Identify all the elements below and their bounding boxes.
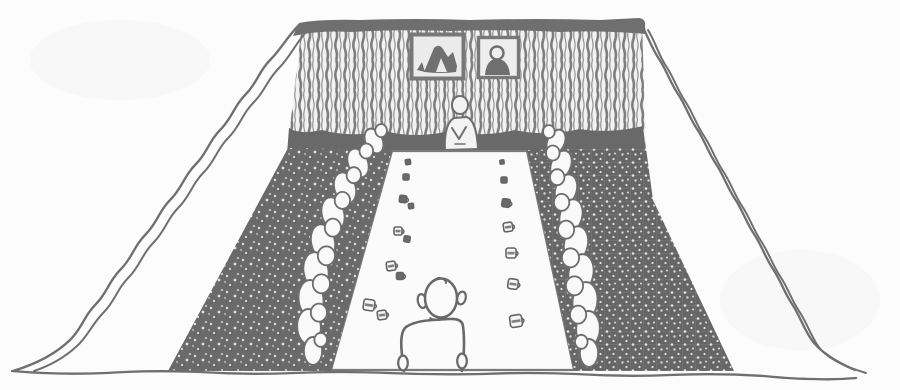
table-cup bbox=[394, 227, 404, 235]
person-head bbox=[546, 146, 560, 161]
person-head bbox=[360, 144, 374, 159]
cup-body bbox=[500, 160, 505, 165]
table-cup bbox=[403, 174, 409, 180]
table-cup bbox=[501, 198, 512, 207]
host-head bbox=[452, 96, 468, 114]
table-cup bbox=[501, 177, 507, 183]
cup-body bbox=[405, 159, 411, 165]
portrait-right-head bbox=[491, 47, 504, 60]
cup-body bbox=[408, 203, 414, 209]
cup-band bbox=[396, 230, 401, 233]
person-head bbox=[314, 333, 327, 347]
cup-body bbox=[501, 177, 507, 183]
foreground-right-hand bbox=[457, 354, 467, 369]
person-head bbox=[562, 248, 579, 267]
cup-body bbox=[501, 198, 510, 207]
paper-smudge bbox=[30, 20, 210, 100]
portrait-right bbox=[479, 38, 519, 78]
person-head bbox=[550, 169, 564, 185]
table-cup bbox=[404, 236, 411, 243]
person-head bbox=[570, 306, 586, 324]
sketch-banquet-hall bbox=[0, 0, 900, 390]
person-head bbox=[558, 221, 574, 239]
person-head bbox=[325, 219, 341, 237]
person-head bbox=[318, 246, 335, 265]
table-cup bbox=[408, 203, 414, 209]
paper-smudge bbox=[720, 250, 880, 350]
person-head bbox=[575, 335, 588, 349]
portrait-left bbox=[412, 35, 464, 79]
person-head bbox=[311, 304, 327, 322]
person-head bbox=[375, 124, 387, 137]
wall-portraits bbox=[412, 35, 519, 79]
cup-band bbox=[508, 252, 515, 255]
cup-body bbox=[403, 174, 409, 180]
person-head bbox=[335, 192, 350, 209]
table-cup bbox=[405, 159, 411, 165]
sketch-canvas bbox=[0, 0, 900, 390]
table-cup bbox=[397, 273, 406, 280]
person-head bbox=[554, 194, 569, 211]
person-head bbox=[347, 167, 361, 183]
table-cup bbox=[506, 248, 518, 258]
person-head bbox=[543, 125, 555, 138]
person-head bbox=[313, 274, 330, 293]
person-head bbox=[566, 276, 583, 295]
cup-body bbox=[399, 195, 407, 203]
table-cup bbox=[500, 160, 505, 165]
cup-body bbox=[397, 273, 404, 280]
foreground-head bbox=[425, 279, 457, 318]
cup-body bbox=[404, 236, 411, 243]
foreground-left-hand bbox=[398, 356, 408, 371]
